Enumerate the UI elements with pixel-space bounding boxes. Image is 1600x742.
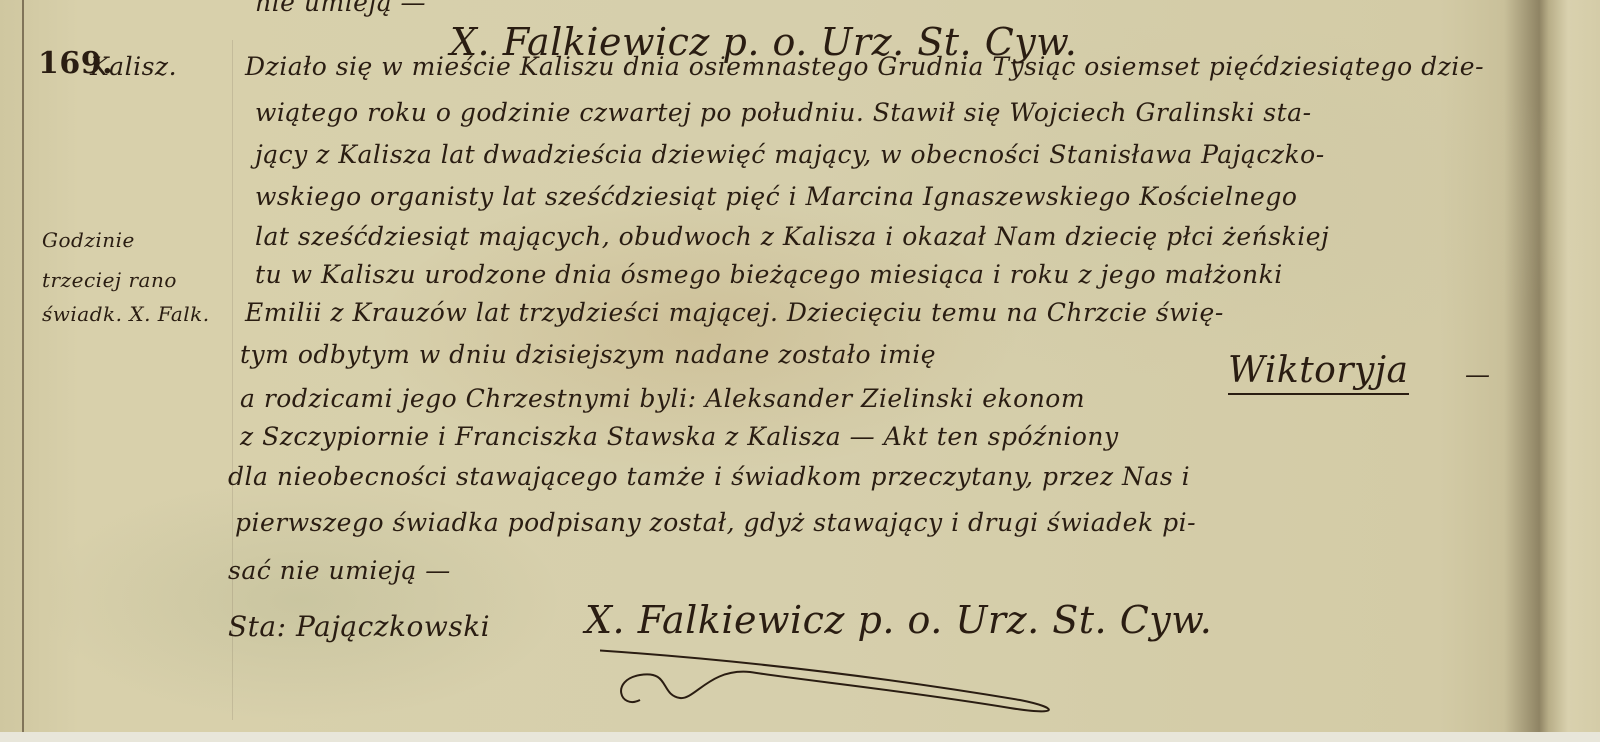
body-line-2: wiątego roku o godzinie czwartej po połu… [255,98,1312,127]
witness-signature: Sta: Pajączkowski [228,610,490,643]
margin-rule [22,0,24,732]
previous-entry-fragment: nie umieją — [255,0,426,17]
body-line-4: wskiego organisty lat sześćdziesiąt pięć… [255,182,1297,211]
body-line-9: a rodzicami jego Chrzestnymi byli: Aleks… [240,384,1085,413]
child-name-dash: — [1465,360,1491,389]
scan-border [0,732,1600,742]
margin-note-line-1: Godzinie [42,228,135,252]
entry-place: Kalisz. [90,52,177,81]
margin-note-line-2: trzeciej rano [42,268,177,292]
body-line-3: jący z Kalisza lat dwadzieścia dziewięć … [255,140,1325,169]
body-line-5: lat sześćdziesiąt mających, obudwoch z K… [255,222,1329,251]
child-name: Wiktoryja [1228,350,1409,395]
body-line-12: pierwszego świadka podpisany został, gdy… [235,508,1196,537]
body-line-1: Działo się w mieście Kaliszu dnia osiemn… [245,52,1484,81]
body-line-13: sać nie umieją — [228,556,451,585]
body-line-6: tu w Kaliszu urodzone dnia ósmego bieżąc… [255,260,1283,289]
body-line-8: tym odbytym w dniu dzisiejszym nadane zo… [240,340,936,369]
margin-note-line-3: świadk. X. Falk. [42,302,210,326]
official-signature: X. Falkiewicz p. o. Urz. St. Cyw. [585,598,1212,642]
body-line-11: dla nieobecności stawającego tamże i świ… [228,462,1190,491]
signature-flourish [600,640,1080,720]
body-line-7: Emilii z Krauzów lat trzydzieści mającej… [245,298,1224,327]
body-line-10: z Szczypiornie i Franciszka Stawska z Ka… [240,422,1119,451]
